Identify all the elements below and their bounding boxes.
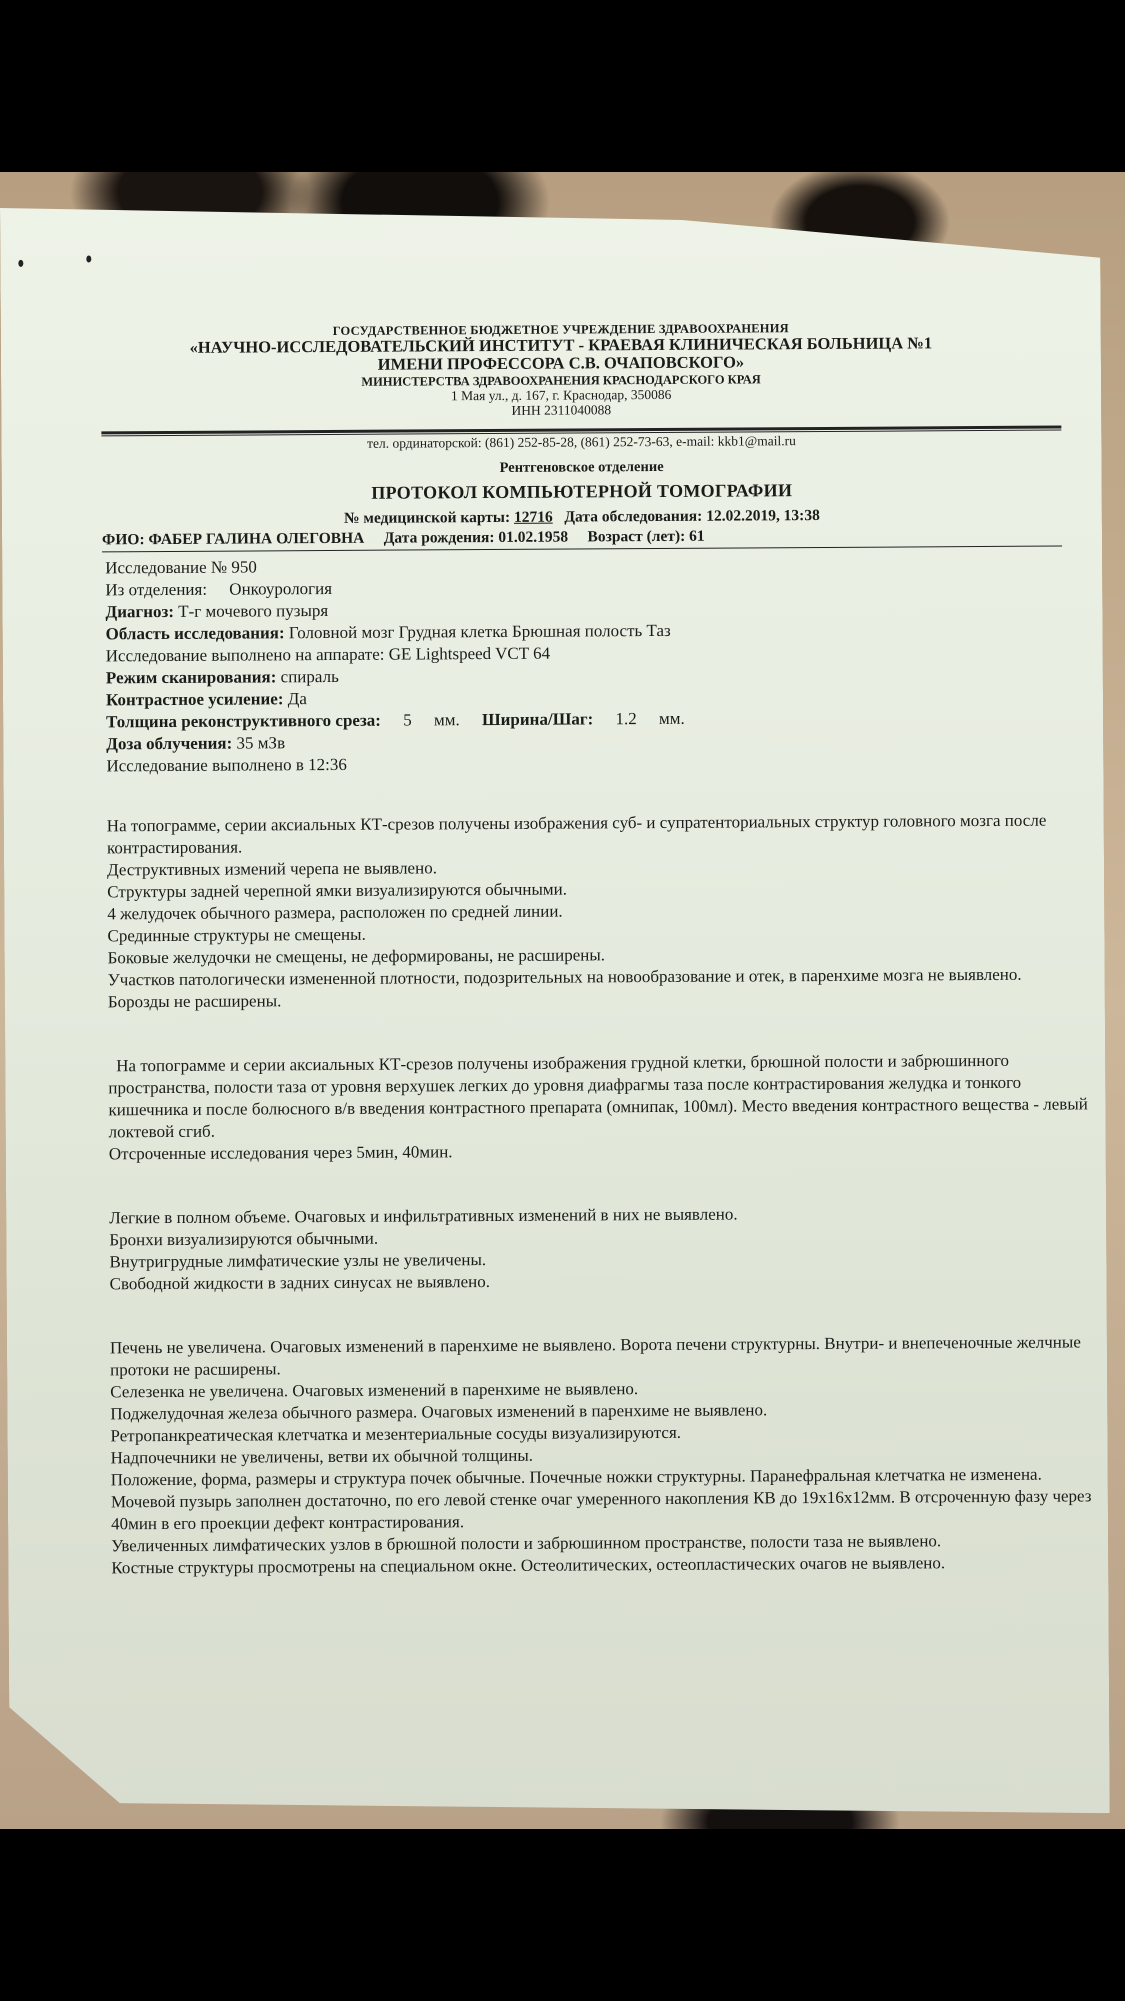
finding-line: Свободной жидкости в задних синусах не в… bbox=[110, 1267, 1095, 1295]
pitch-value: 1.2 bbox=[615, 709, 636, 728]
abdomen-findings: Печень не увеличена. Очаговых изменений … bbox=[110, 1331, 1096, 1579]
contrast: Да bbox=[288, 689, 307, 708]
dob-label: Дата рождения: bbox=[384, 529, 495, 547]
finding-line: На топограмме и серии аксиальных КТ-срез… bbox=[108, 1049, 1094, 1143]
slice-value: 5 bbox=[403, 710, 412, 729]
finding-line: Костные структуры просмотрены на специал… bbox=[111, 1551, 1096, 1579]
from-dept: Онкоурология bbox=[229, 579, 332, 599]
ct-protocol-paper: ГОСУДАРСТВЕННОЕ БЮДЖЕТНОЕ УЧРЕЖДЕНИЕ ЗДР… bbox=[0, 201, 1110, 1820]
area-label: Область исследования: bbox=[106, 623, 285, 643]
scan-mode: спираль bbox=[281, 667, 339, 686]
pitch-unit: мм. bbox=[659, 709, 685, 728]
time-row: Исследование выполнено в 12:36 bbox=[106, 749, 1066, 777]
slice-unit: мм. bbox=[434, 710, 460, 729]
age: 61 bbox=[689, 528, 705, 545]
dose: 35 мЗв bbox=[236, 733, 285, 752]
finding-line: Отсроченные исследования через 5мин, 40м… bbox=[109, 1137, 1094, 1165]
area: Головной мозг Грудная клетка Брюшная пол… bbox=[289, 621, 671, 642]
patient-name: ФАБЕР ГАЛИНА ОЛЕГОВНА bbox=[148, 530, 364, 548]
chest-findings: Легкие в полном объеме. Очаговых и инфил… bbox=[109, 1201, 1095, 1295]
finding-line: Борозды не расширены. bbox=[108, 985, 1093, 1013]
punch-mark bbox=[86, 255, 91, 262]
dose-label: Доза облучения: bbox=[106, 734, 232, 754]
brain-findings: На топограмме, серии аксиальных КТ-срезо… bbox=[107, 809, 1093, 1013]
dob: 01.02.1958 bbox=[498, 529, 568, 546]
institution-header: ГОСУДАРСТВЕННОЕ БЮДЖЕТНОЕ УЧРЕЖДЕНИЕ ЗДР… bbox=[101, 320, 1022, 421]
diagnosis-label: Диагноз: bbox=[105, 602, 174, 621]
finding-line: Мочевой пузырь заполнен достаточно, по е… bbox=[111, 1485, 1096, 1535]
document-title: ПРОТОКОЛ КОМПЬЮТЕРНОЙ ТОМОГРАФИИ bbox=[102, 479, 1062, 506]
contrast-label: Контрастное усиление: bbox=[106, 689, 284, 709]
punch-mark bbox=[18, 260, 23, 267]
card-number: 12716 bbox=[514, 509, 553, 526]
card-label: № медицинской карты: bbox=[344, 509, 510, 527]
study-meta: Исследование № 950 Из отделения: Онкоуро… bbox=[105, 552, 1066, 778]
scan-mode-label: Режим сканирования: bbox=[106, 667, 277, 687]
exam-date: 12.02.2019, 13:38 bbox=[706, 507, 820, 525]
age-label: Возраст (лет): bbox=[587, 528, 685, 546]
slice-label: Толщина реконструктивного среза: bbox=[106, 711, 381, 732]
exam-date-label: Дата обследования: bbox=[564, 508, 702, 526]
department: Рентгеновское отделение bbox=[102, 457, 1062, 480]
from-dept-label: Из отделения: bbox=[105, 580, 207, 600]
finding-line: Печень не увеличена. Очаговых изменений … bbox=[110, 1331, 1095, 1381]
finding-line: На топограмме, серии аксиальных КТ-срезо… bbox=[107, 809, 1092, 859]
body-intro: На топограмме и серии аксиальных КТ-срез… bbox=[108, 1049, 1094, 1165]
pitch-label: Ширина/Шаг: bbox=[482, 709, 593, 729]
name-label: ФИО: bbox=[102, 531, 145, 548]
diagnosis: Т-г мочевого пузыря bbox=[178, 601, 328, 621]
